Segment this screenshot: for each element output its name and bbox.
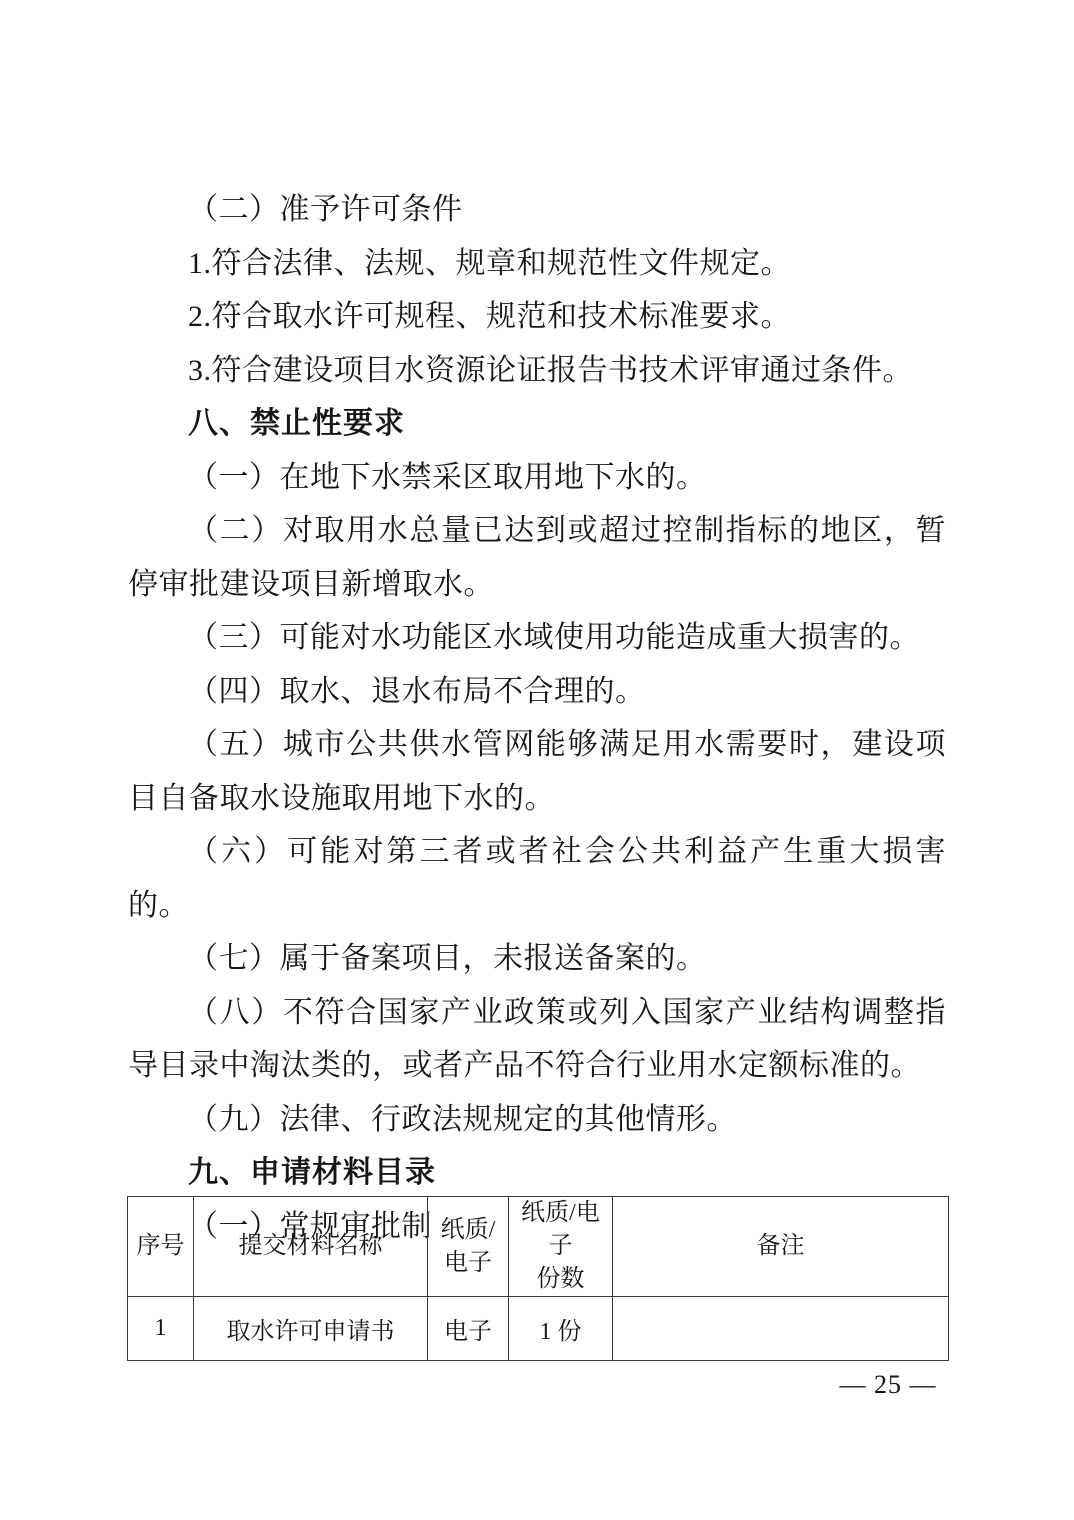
paragraph-prohibition-1: （一）在地下水禁采区取用地下水的。 <box>128 451 946 505</box>
paragraph-prohibition-5: （五）城市公共供水管网能够满足用水需要时，建设项目自备取水设施取用地下水的。 <box>128 718 946 825</box>
table-header-row: 序号 提交材料名称 纸质/ 电子 纸质/电子 份数 备注 <box>128 1197 949 1297</box>
paragraph-prohibition-7: （七）属于备案项目，未报送备案的。 <box>128 932 946 986</box>
section-heading-application-materials: 九、申请材料目录 <box>128 1146 946 1200</box>
paragraph-condition-2: 2.符合取水许可规程、规范和技术标准要求。 <box>128 290 946 344</box>
document-body: （二）准予许可条件 1.符合法律、法规、规章和规范性文件规定。 2.符合取水许可… <box>128 183 946 1253</box>
paragraph-prohibition-4: （四）取水、退水布局不合理的。 <box>128 665 946 719</box>
table-cell-serial: 1 <box>128 1297 194 1361</box>
table-header-cell-material-name: 提交材料名称 <box>194 1197 428 1297</box>
paragraph-prohibition-8: （八）不符合国家产业政策或列入国家产业结构调整指导目录中淘汰类的，或者产品不符合… <box>128 986 946 1093</box>
table-cell-material-name: 取水许可申请书 <box>194 1297 428 1361</box>
section-subheading-approval-conditions: （二）准予许可条件 <box>128 183 946 237</box>
table-cell-copies: 1 份 <box>509 1297 613 1361</box>
paragraph-condition-1: 1.符合法律、法规、规章和规范性文件规定。 <box>128 237 946 291</box>
table-cell-paper-electronic: 电子 <box>428 1297 509 1361</box>
page-number: — 25 — <box>826 1368 950 1402</box>
table-row: 1 取水许可申请书 电子 1 份 <box>128 1297 949 1361</box>
paragraph-prohibition-6: （六）可能对第三者或者社会公共利益产生重大损害的。 <box>128 825 946 932</box>
section-heading-prohibitions: 八、禁止性要求 <box>128 397 946 451</box>
paragraph-prohibition-2: （二）对取用水总量已达到或超过控制指标的地区，暂停审批建设项目新增取水。 <box>128 504 946 611</box>
table-header-cell-serial: 序号 <box>128 1197 194 1297</box>
table-header-cell-paper-electronic: 纸质/ 电子 <box>428 1197 509 1297</box>
materials-table: 序号 提交材料名称 纸质/ 电子 纸质/电子 份数 备注 1 取水许可申请书 电… <box>127 1196 949 1361</box>
table-header-cell-copies: 纸质/电子 份数 <box>509 1197 613 1297</box>
document-page: （二）准予许可条件 1.符合法律、法规、规章和规范性文件规定。 2.符合取水许可… <box>0 0 1074 1520</box>
paragraph-prohibition-9: （九）法律、行政法规规定的其他情形。 <box>128 1093 946 1147</box>
paragraph-condition-3: 3.符合建设项目水资源论证报告书技术评审通过条件。 <box>128 344 946 398</box>
paragraph-prohibition-3: （三）可能对水功能区水域使用功能造成重大损害的。 <box>128 611 946 665</box>
table-cell-remarks <box>613 1297 949 1361</box>
table-header-cell-remarks: 备注 <box>613 1197 949 1297</box>
